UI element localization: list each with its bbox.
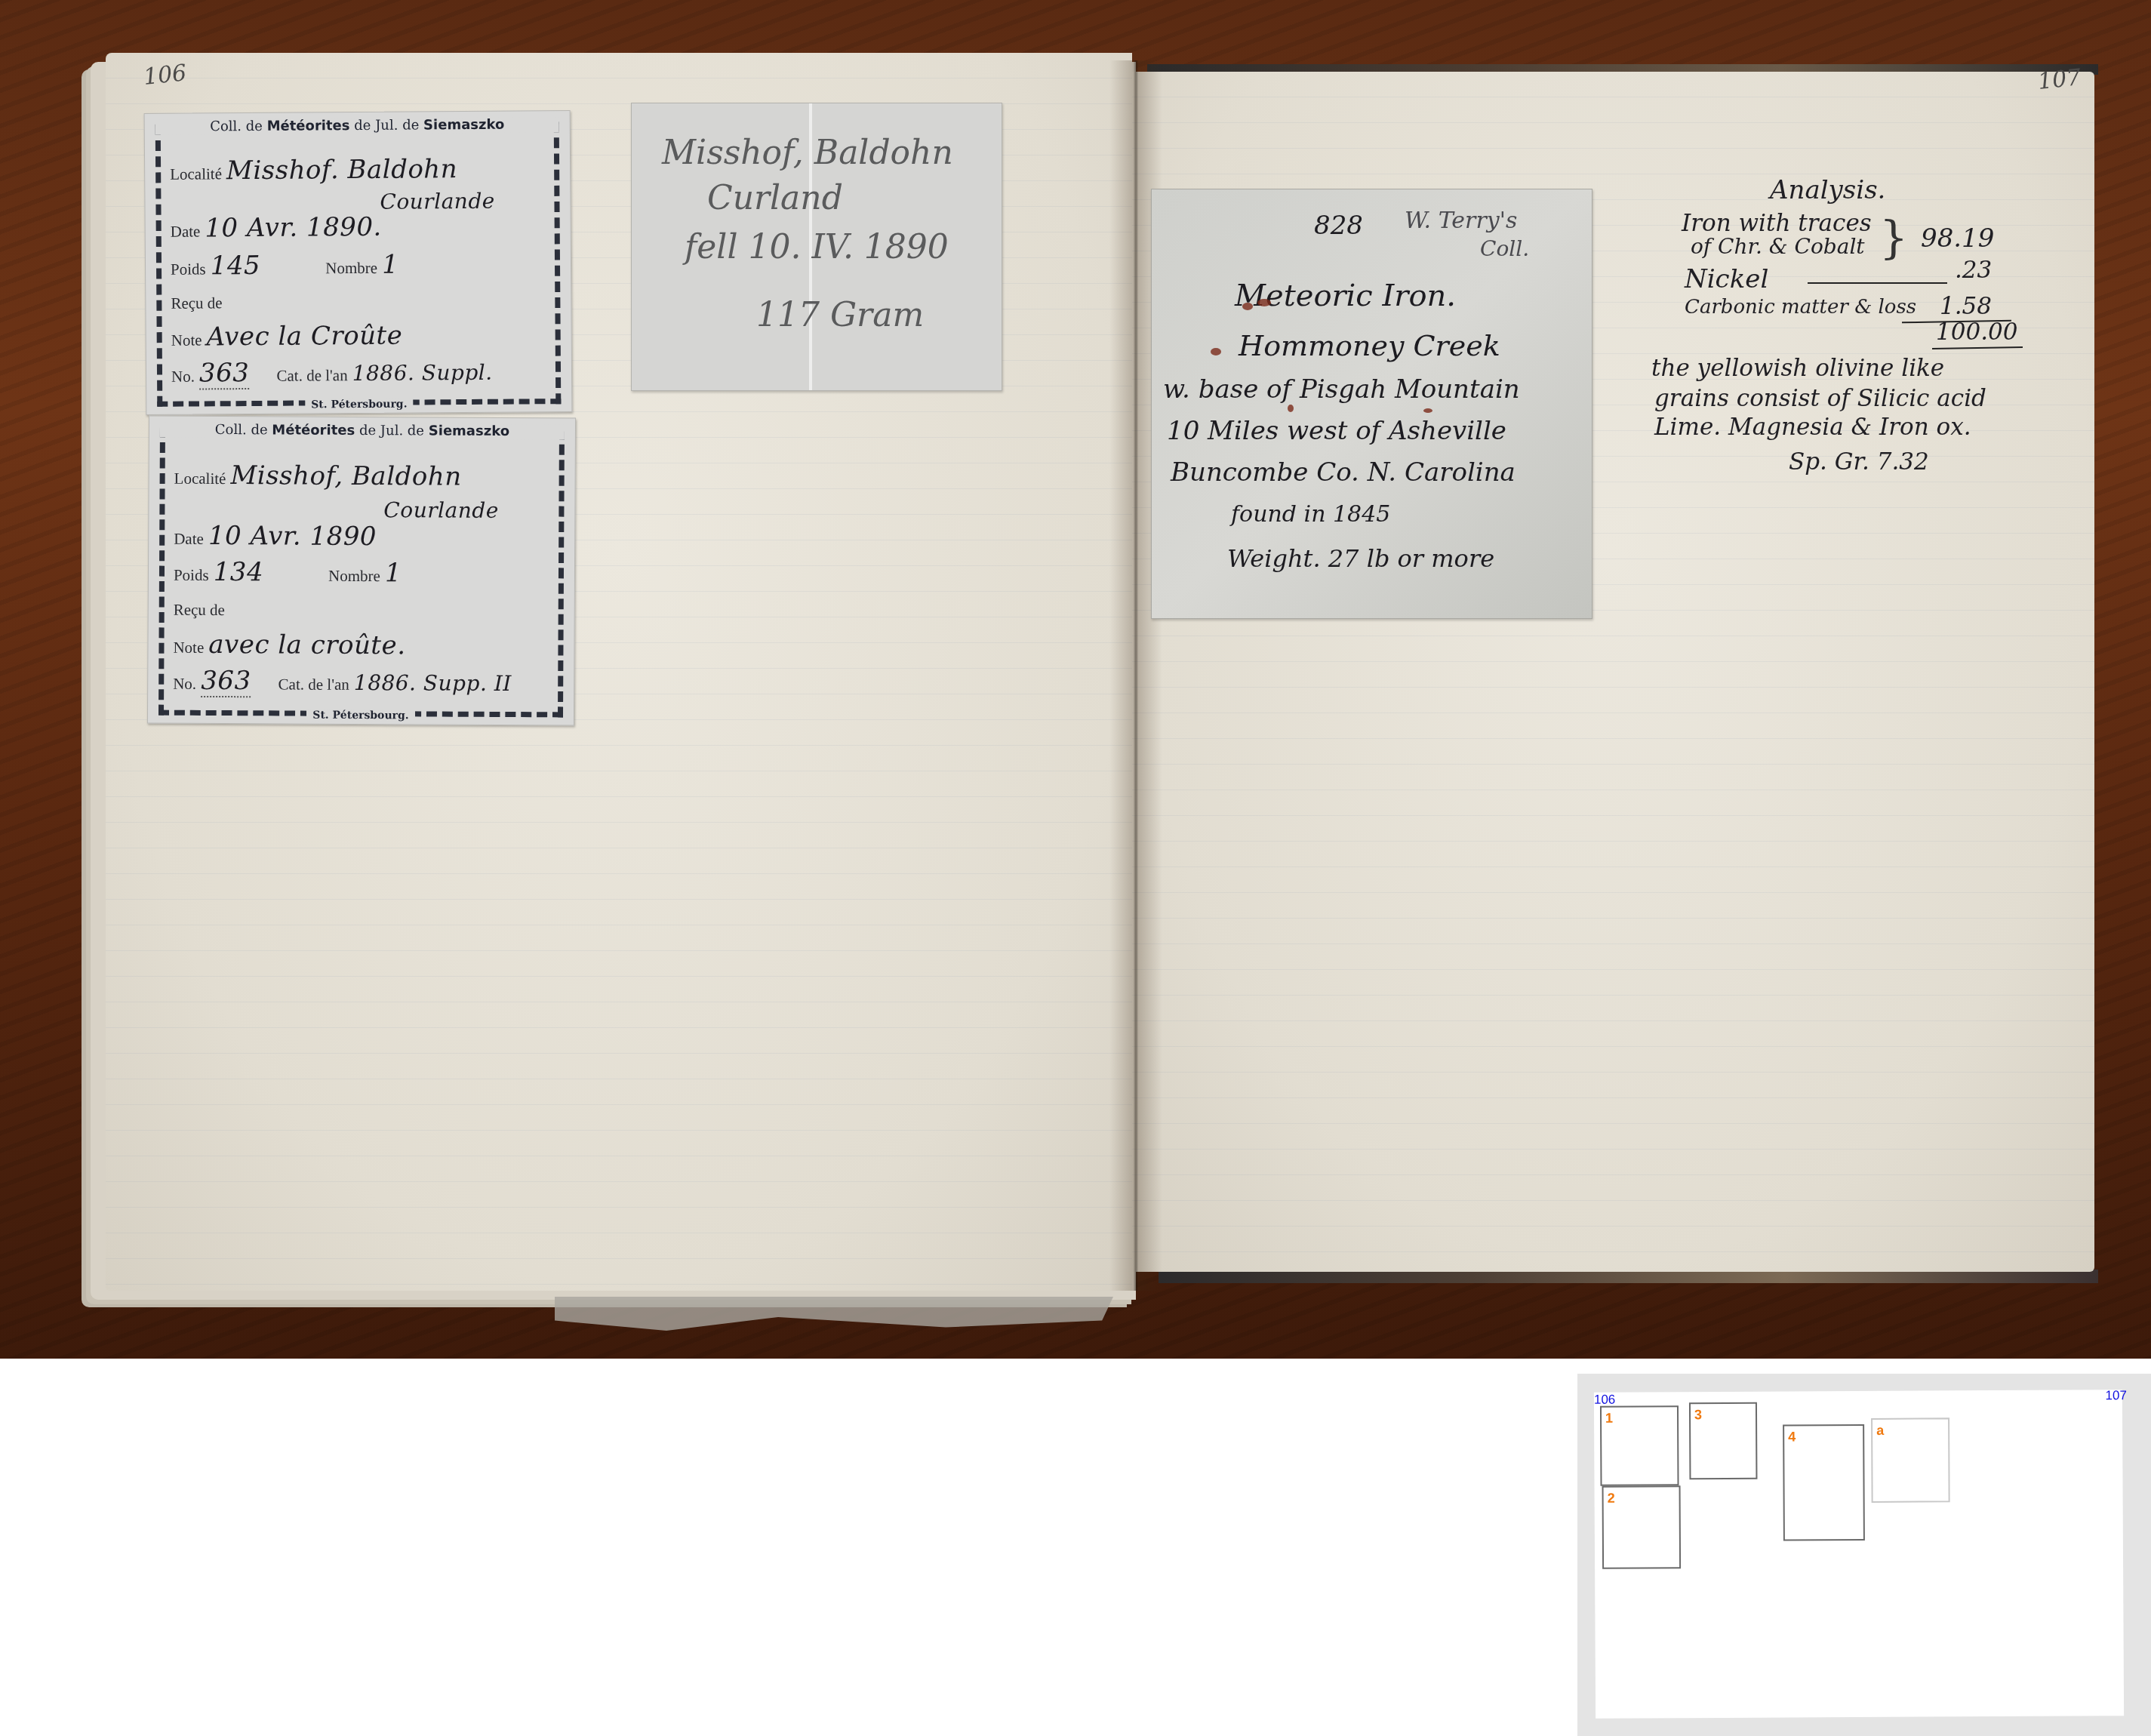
analysis-row-1-label: Iron with traces [1682, 210, 1872, 237]
brace-icon: } [1879, 211, 1908, 264]
analysis-total: 100.00 [1936, 319, 2017, 346]
localite-row: Localité Misshof, Baldohn [174, 460, 553, 493]
poids-row: Poids 134 Nombre 1 [174, 557, 552, 589]
layout-diagram: 106 107 1 2 3 4 a [1594, 1390, 2124, 1719]
rust-stain [1242, 303, 1253, 310]
diagram-box-a: a [1871, 1417, 1950, 1503]
diagram-box-4: 4 [1783, 1424, 1865, 1541]
number-row: No. 363 Cat. de l'an 1886. Suppl. [171, 356, 549, 389]
page-number-right: 107 [2036, 64, 2082, 95]
rust-stain [1423, 408, 1432, 413]
label-footer: St. Pétersbourg. [164, 709, 558, 723]
pencil-line-1: Misshof, Baldohn [662, 134, 953, 172]
card-title: Meteoric Iron. [1235, 279, 1456, 313]
analysis-note-3: Lime. Magnesia & Iron ox. [1654, 414, 1971, 441]
analysis-row-3-value: 1.58 [1940, 293, 1992, 320]
analysis-note-2: grains consist of Silicic acid [1654, 385, 1986, 412]
note-row: Note Avec la Croûte [171, 319, 549, 352]
meteoric-iron-card: 828 W. Terry's Coll. Meteoric Iron. Homm… [1151, 189, 1592, 619]
rust-stain [1257, 299, 1271, 306]
card-line-6: Weight. 27 lb or more [1227, 544, 1494, 573]
poids-row: Poids 145 Nombre 1 [171, 248, 549, 281]
analysis-row-1-label-2: of Chr. & Cobalt [1691, 234, 1865, 259]
diagram-box-1: 1 [1600, 1405, 1679, 1486]
card-line-1: Hommoney Creek [1239, 329, 1500, 362]
card-collection: W. Terry's [1405, 208, 1517, 234]
date-row: Date 10 Avr. 1890 [174, 521, 552, 553]
diagram-page-right: 107 [2105, 1388, 2126, 1403]
card-collection-2: Coll. [1480, 236, 1529, 261]
label-header: Coll. de Météorites de Jul. de Siemaszko [155, 117, 559, 135]
pencil-note-label: Misshof, Baldohn Curland fell 10. IV. 18… [631, 103, 1002, 391]
card-line-2: w. base of Pisgah Mountain [1163, 374, 1520, 405]
recu-row: Reçu de [171, 291, 549, 312]
date-row: Date 10 Avr. 1890. [171, 211, 549, 243]
page-number-left: 106 [142, 60, 188, 91]
analysis-row-2-value: .23 [1955, 257, 1992, 284]
analysis-row-2-label: Nickel [1685, 264, 1768, 294]
rust-stain [1288, 405, 1294, 412]
analysis-title: Analysis. [1770, 175, 1885, 205]
analysis-row-1-value: 98.19 [1921, 223, 1994, 254]
note-row: Note avec la croûte. [173, 629, 552, 662]
label-footer: St. Pétersbourg. [162, 397, 555, 412]
number-row: No. 363 Cat. de l'an 1886. Supp. II [173, 666, 552, 700]
pencil-line-4: 117 Gram [756, 296, 924, 334]
siemaszko-label-2: Coll. de Météorites de Jul. de Siemaszko… [147, 416, 576, 726]
rust-stain [1211, 348, 1221, 356]
recu-row: Reçu de [174, 601, 552, 622]
label-header: Coll. de Météorites de Jul. de Siemaszko [160, 423, 565, 440]
pencil-line-2: Curland [707, 179, 843, 217]
diagram-box-2: 2 [1602, 1485, 1682, 1569]
localite-row: Localité Misshof. Baldohn [170, 153, 548, 186]
card-line-3: 10 Miles west of Asheville [1167, 416, 1506, 446]
localite-row-2: Courlande [383, 497, 552, 523]
torn-paper-edge [555, 1297, 1113, 1331]
analysis-row-3-label: Carbonic matter & loss [1685, 296, 1916, 319]
pencil-line-3: fell 10. IV. 1890 [685, 228, 949, 266]
notebook-photo: 106 107 Coll. de Météorites de Jul. de S… [0, 0, 2151, 1359]
leader-line [1808, 282, 1947, 284]
siemaszko-label-1: Coll. de Météorites de Jul. de Siemaszko… [144, 110, 573, 415]
card-line-5: found in 1845 [1231, 501, 1390, 528]
card-number: 828 [1314, 211, 1363, 241]
analysis-note-1: the yellowish olivine like [1651, 355, 1944, 382]
diagram-box-3: 3 [1689, 1402, 1758, 1479]
specific-gravity: Sp. Gr. 7.32 [1789, 448, 1929, 476]
card-line-4: Buncombe Co. N. Carolina [1171, 457, 1516, 488]
